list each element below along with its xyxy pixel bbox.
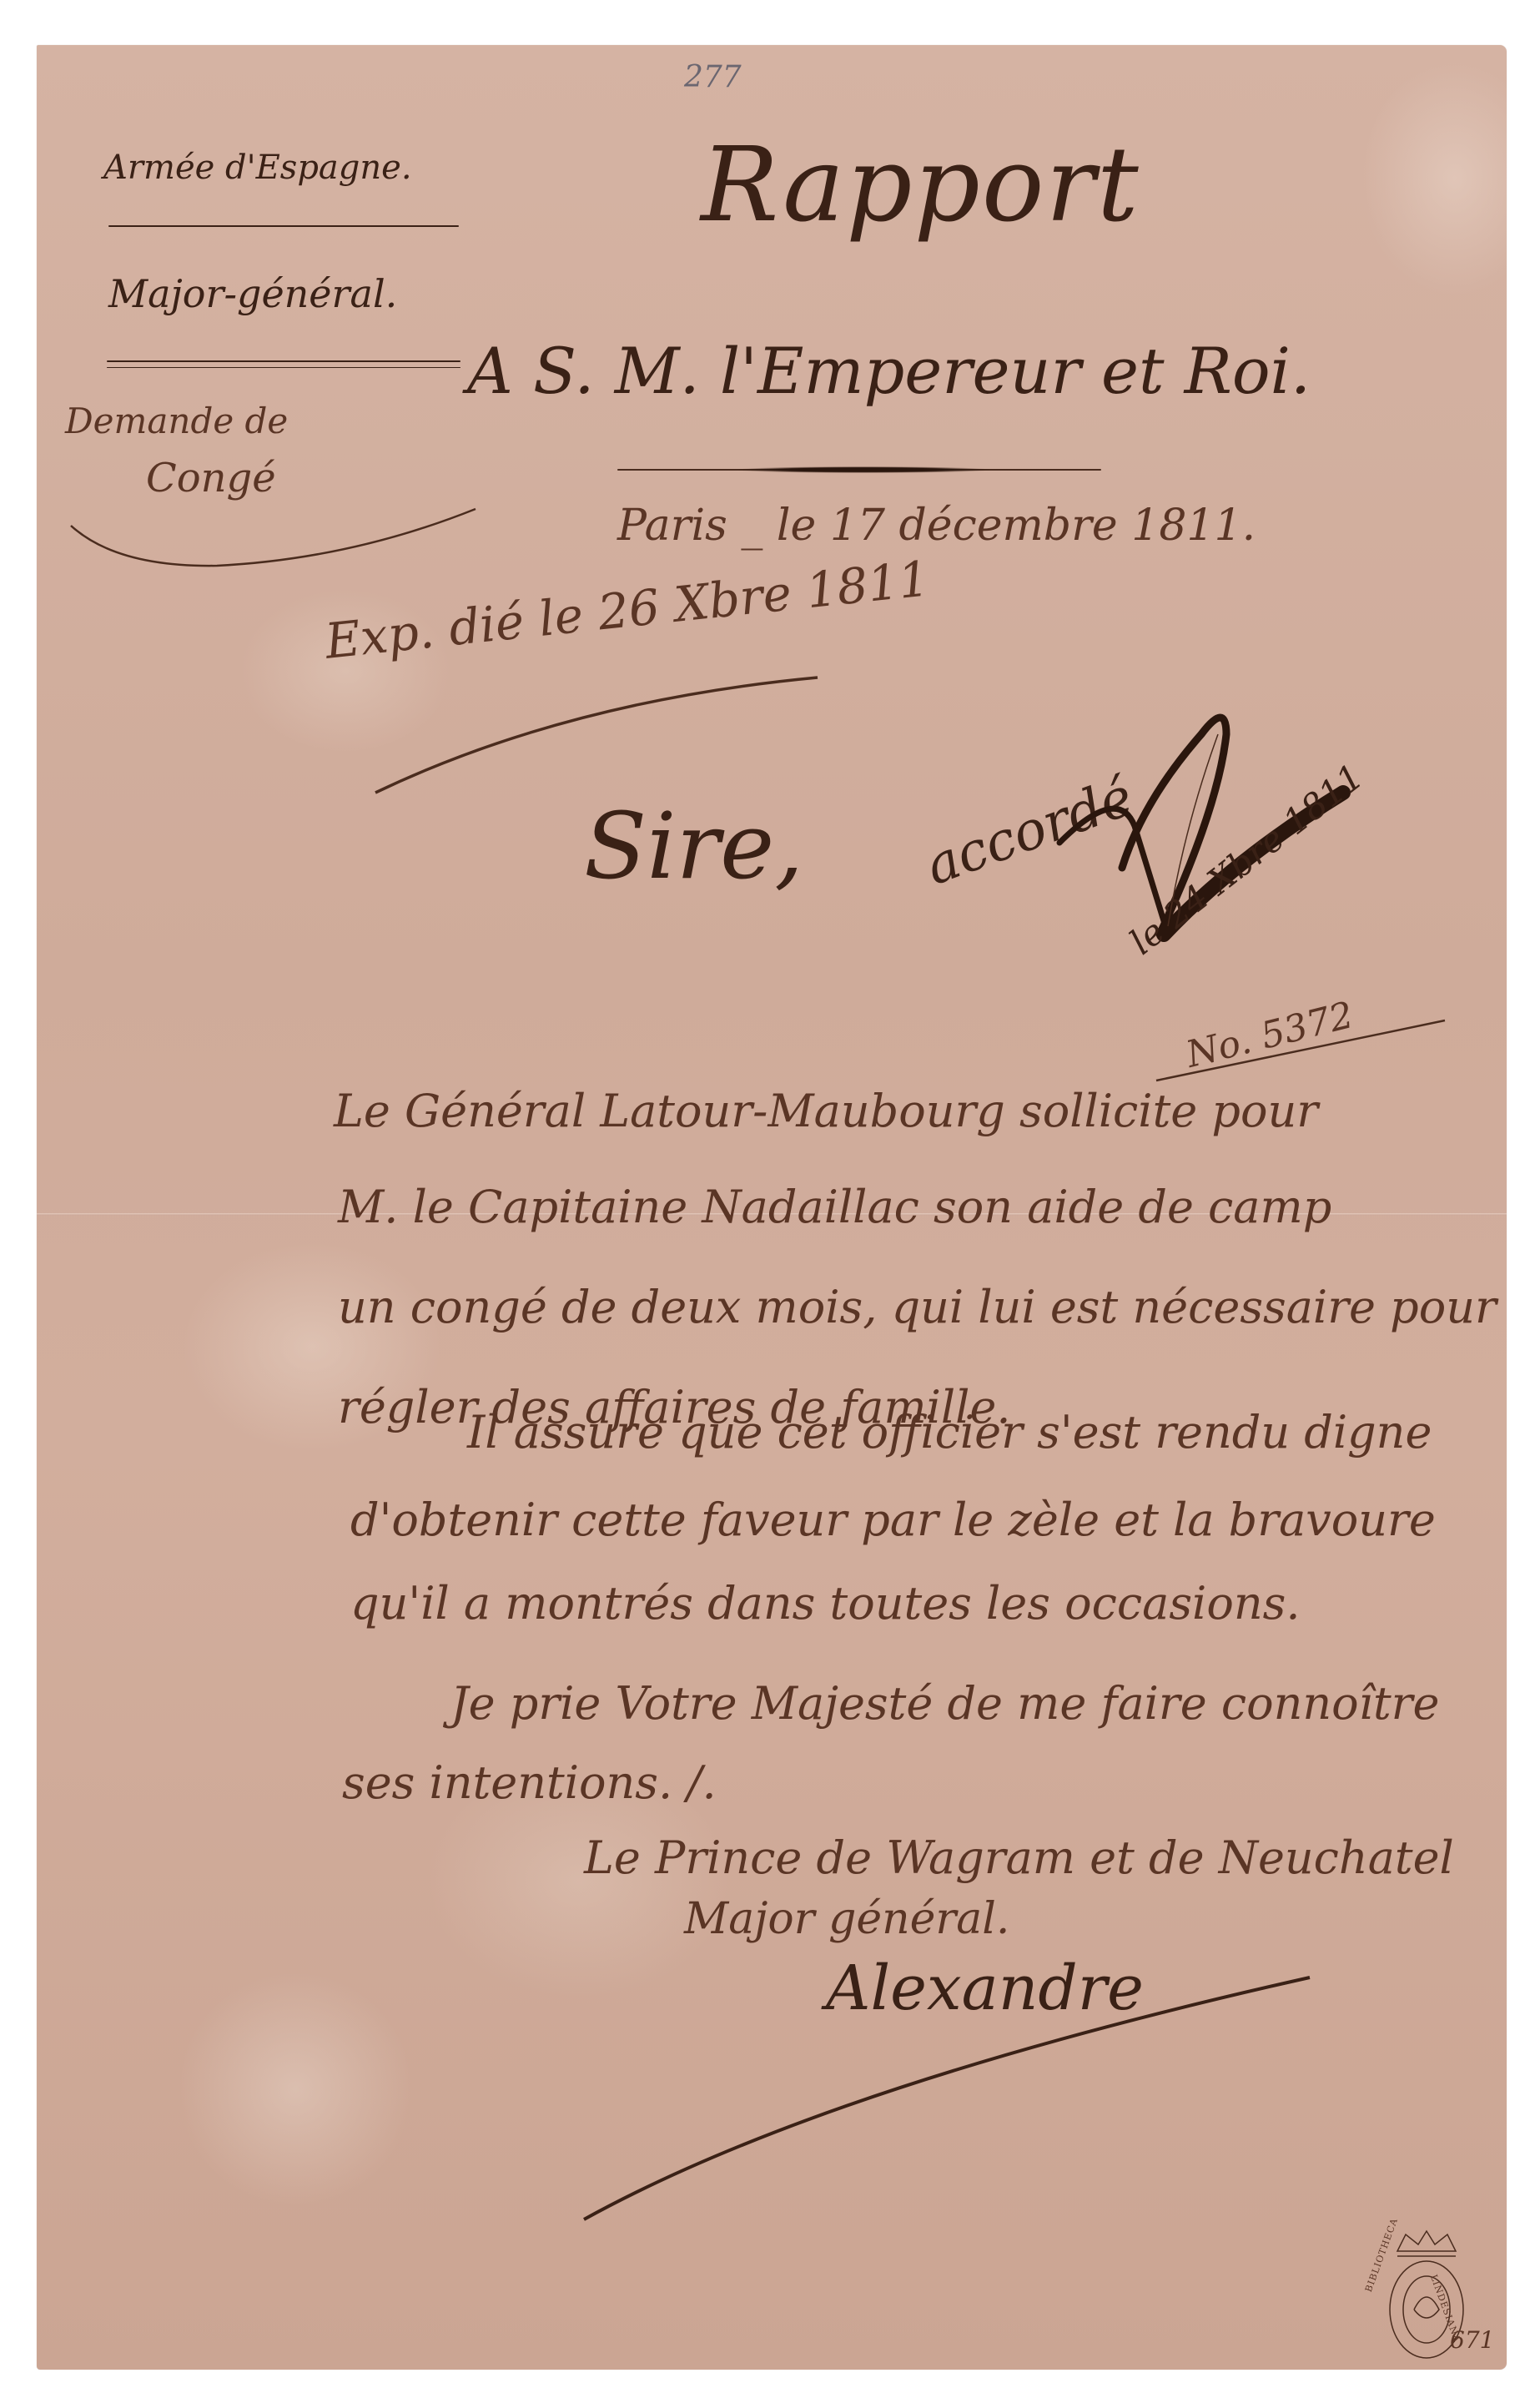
subject-line-1: Demande de [65,400,288,441]
addressee-line: A S. M. l'Empereur et Roi. [467,334,1311,408]
divider-2 [107,360,460,362]
army-heading: Armée d'Espagne. [103,149,412,187]
shelf-number: 671 [1450,2326,1494,2354]
dispatch-flourish [367,667,834,801]
body-line-8: Je prie Votre Majesté de me faire connoî… [450,1677,1439,1730]
closing-office: Major général. [684,1894,1009,1944]
body-line-5: Il assure que cet officier s'est rendu d… [467,1406,1432,1458]
body-line-1: Le Général Latour-Maubourg sollicite pou… [334,1085,1318,1137]
register-underline [1151,1014,1452,1089]
body-line-6: d'obtenir cette faveur par le zèle et la… [350,1494,1436,1546]
signature-flourish [576,1969,1343,2236]
body-line-3: un congé de deux mois, qui lui est néces… [338,1281,1497,1333]
place-date: Paris _ le 17 décembre 1811. [617,501,1256,551]
archive-number: 277 [684,60,742,94]
body-line-9: ses intentions. /. [342,1756,717,1809]
office-heading: Major-général. [108,271,397,316]
divider-1 [108,225,459,227]
header-rule-swell [734,466,993,473]
closing-title: Le Prince de Wagram et de Neuchatel [584,1831,1454,1884]
subject-flourish [67,492,484,576]
body-line-2: M. le Capitaine Nadaillac son aide de ca… [338,1181,1331,1233]
document-title: Rapport [701,125,1140,245]
salutation: Sire, [584,793,803,899]
divider-2b [107,367,460,368]
body-line-7: qu'il a montrés dans toutes les occasion… [350,1577,1300,1630]
